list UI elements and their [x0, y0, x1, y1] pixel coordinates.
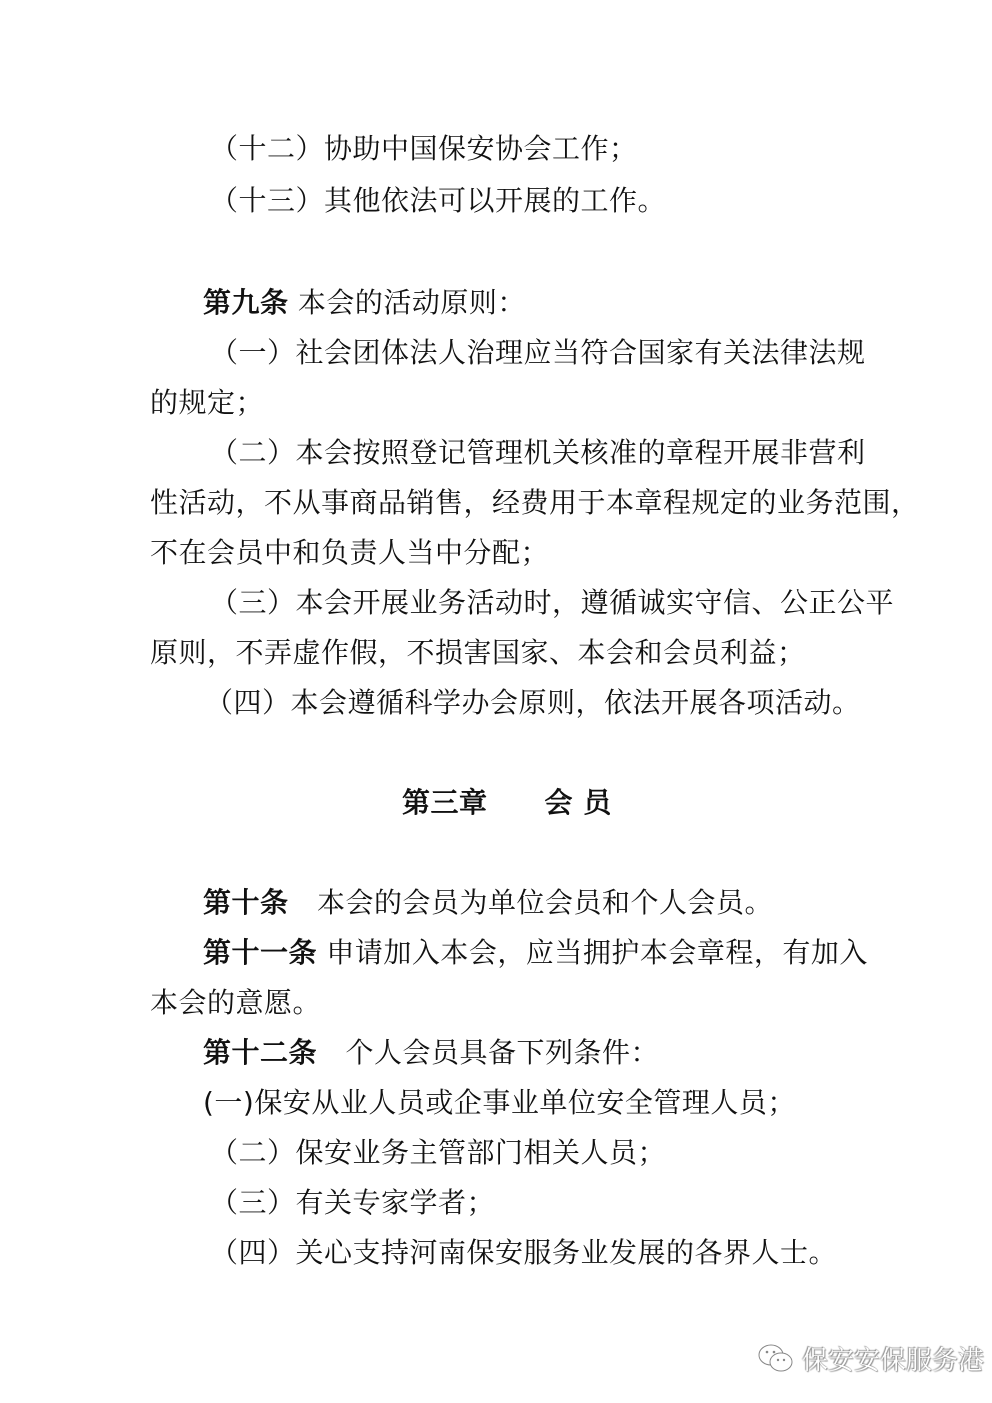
list-item: (一)保安从业人员或企事业单位安全管理人员； [203, 1086, 796, 1120]
article-number: 第十一条 [203, 936, 317, 969]
article-text: 申请加入本会，应当拥护本会章程，有加入 [317, 936, 868, 969]
list-item: （二）本会按照登记管理机关核准的章程开展非营利 [210, 436, 866, 470]
article-9: 第九条 本会的活动原则： [203, 286, 526, 320]
wechat-icon [756, 1342, 796, 1376]
article-10: 第十条 本会的会员为单位会员和个人会员。 [203, 886, 773, 920]
paragraph-continuation: 本会的意愿。 [150, 986, 321, 1020]
article-11: 第十一条 申请加入本会，应当拥护本会章程，有加入 [203, 936, 868, 970]
list-item: （三）本会开展业务活动时，遵循诚实守信、公正公平 [210, 586, 894, 620]
watermark-text: 保安安保服务港 [802, 1340, 984, 1377]
article-text: 本会的活动原则： [289, 286, 526, 319]
list-item: （二）保安业务主管部门相关人员； [210, 1136, 666, 1170]
paragraph-continuation: 的规定； [150, 386, 264, 420]
article-number: 第十二条 [203, 1036, 317, 1069]
article-number: 第十条 [203, 886, 289, 919]
article-number: 第九条 [203, 286, 289, 319]
article-text: 本会的会员为单位会员和个人会员。 [289, 886, 774, 919]
paragraph-continuation: 不在会员中和负责人当中分配； [150, 536, 549, 570]
chapter-heading: 第三章 会 员 [402, 786, 612, 820]
list-item: （四）关心支持河南保安服务业发展的各界人士。 [210, 1236, 837, 1270]
list-item: （四）本会遵循科学办会原则，依法开展各项活动。 [205, 686, 861, 720]
watermark: 保安安保服务港 [756, 1340, 984, 1377]
article-text: 个人会员具备下列条件： [317, 1036, 659, 1069]
list-item: （一）社会团体法人治理应当符合国家有关法律法规 [210, 336, 866, 370]
paragraph-continuation: 原则，不弄虚作假，不损害国家、本会和会员利益； [150, 636, 806, 670]
list-item: （十三）其他依法可以开展的工作。 [210, 184, 666, 218]
paragraph-continuation: 性活动，不从事商品销售，经费用于本章程规定的业务范围， [150, 486, 920, 520]
article-12: 第十二条 个人会员具备下列条件： [203, 1036, 659, 1070]
list-item: （十二）协助中国保安协会工作； [210, 132, 638, 166]
list-item: （三）有关专家学者； [210, 1186, 495, 1220]
